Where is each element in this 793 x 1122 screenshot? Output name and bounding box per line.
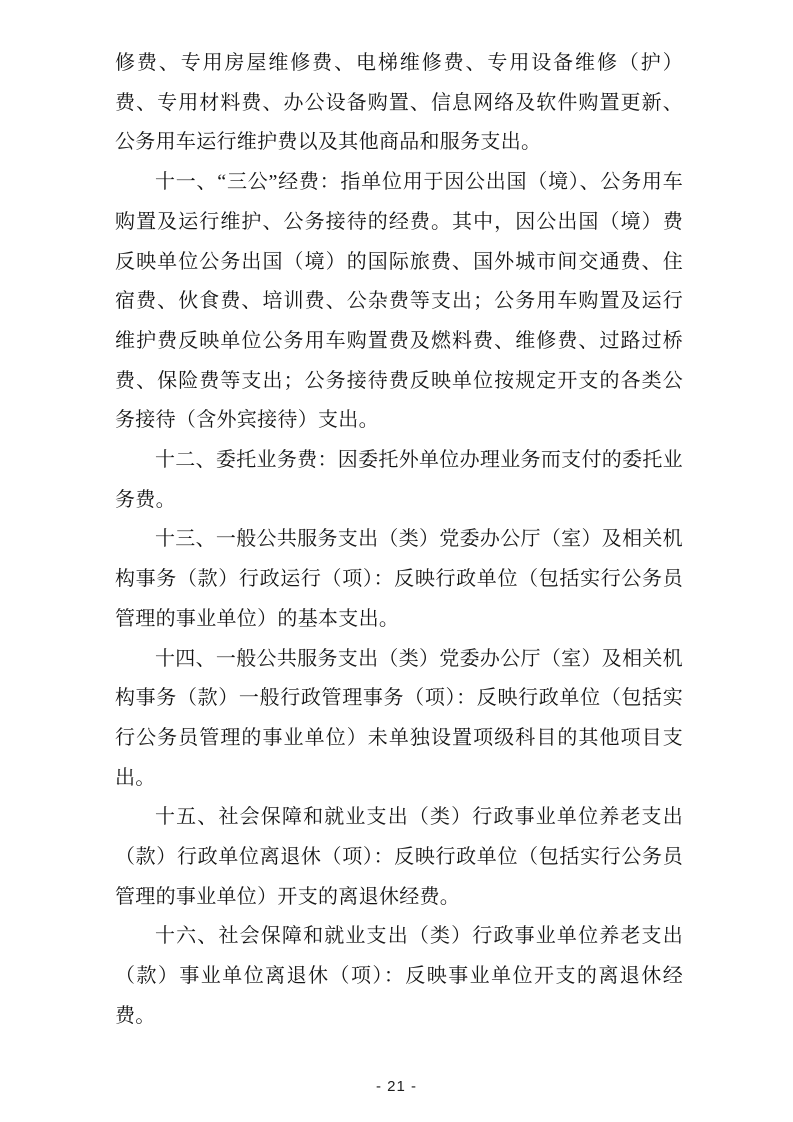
page-number: - 21 - (0, 1078, 793, 1095)
paragraph-continuation-commodity-services: 修费、专用房屋维修费、电梯维修费、专用设备维修（护）费、专用材料费、办公设备购置… (115, 44, 683, 163)
paragraph-item-15-admin-unit-retirement: 十五、社会保障和就业支出（类）行政事业单位养老支出（款）行政单位离退休（项）：反… (115, 798, 683, 917)
paragraph-item-11-three-public-expenses: 十一、“三公”经费：指单位用于因公出国（境）、公务用车购置及运行维护、公务接待的… (115, 163, 683, 441)
document-body: 修费、专用房屋维修费、电梯维修费、专用设备维修（护）费、专用材料费、办公设备购置… (115, 44, 683, 1037)
paragraph-item-14-general-admin-affairs: 十四、一般公共服务支出（类）党委办公厅（室）及相关机构事务（款）一般行政管理事务… (115, 640, 683, 799)
paragraph-item-16-institution-retirement: 十六、社会保障和就业支出（类）行政事业单位养老支出（款）事业单位离退休（项）：反… (115, 917, 683, 1036)
document-page: 修费、专用房屋维修费、电梯维修费、专用设备维修（护）费、专用材料费、办公设备购置… (0, 0, 793, 1122)
paragraph-item-12-entrusted-business-fee: 十二、委托业务费：因委托外单位办理业务而支付的委托业务费。 (115, 441, 683, 520)
paragraph-item-13-administrative-operation: 十三、一般公共服务支出（类）党委办公厅（室）及相关机构事务（款）行政运行（项）：… (115, 520, 683, 639)
